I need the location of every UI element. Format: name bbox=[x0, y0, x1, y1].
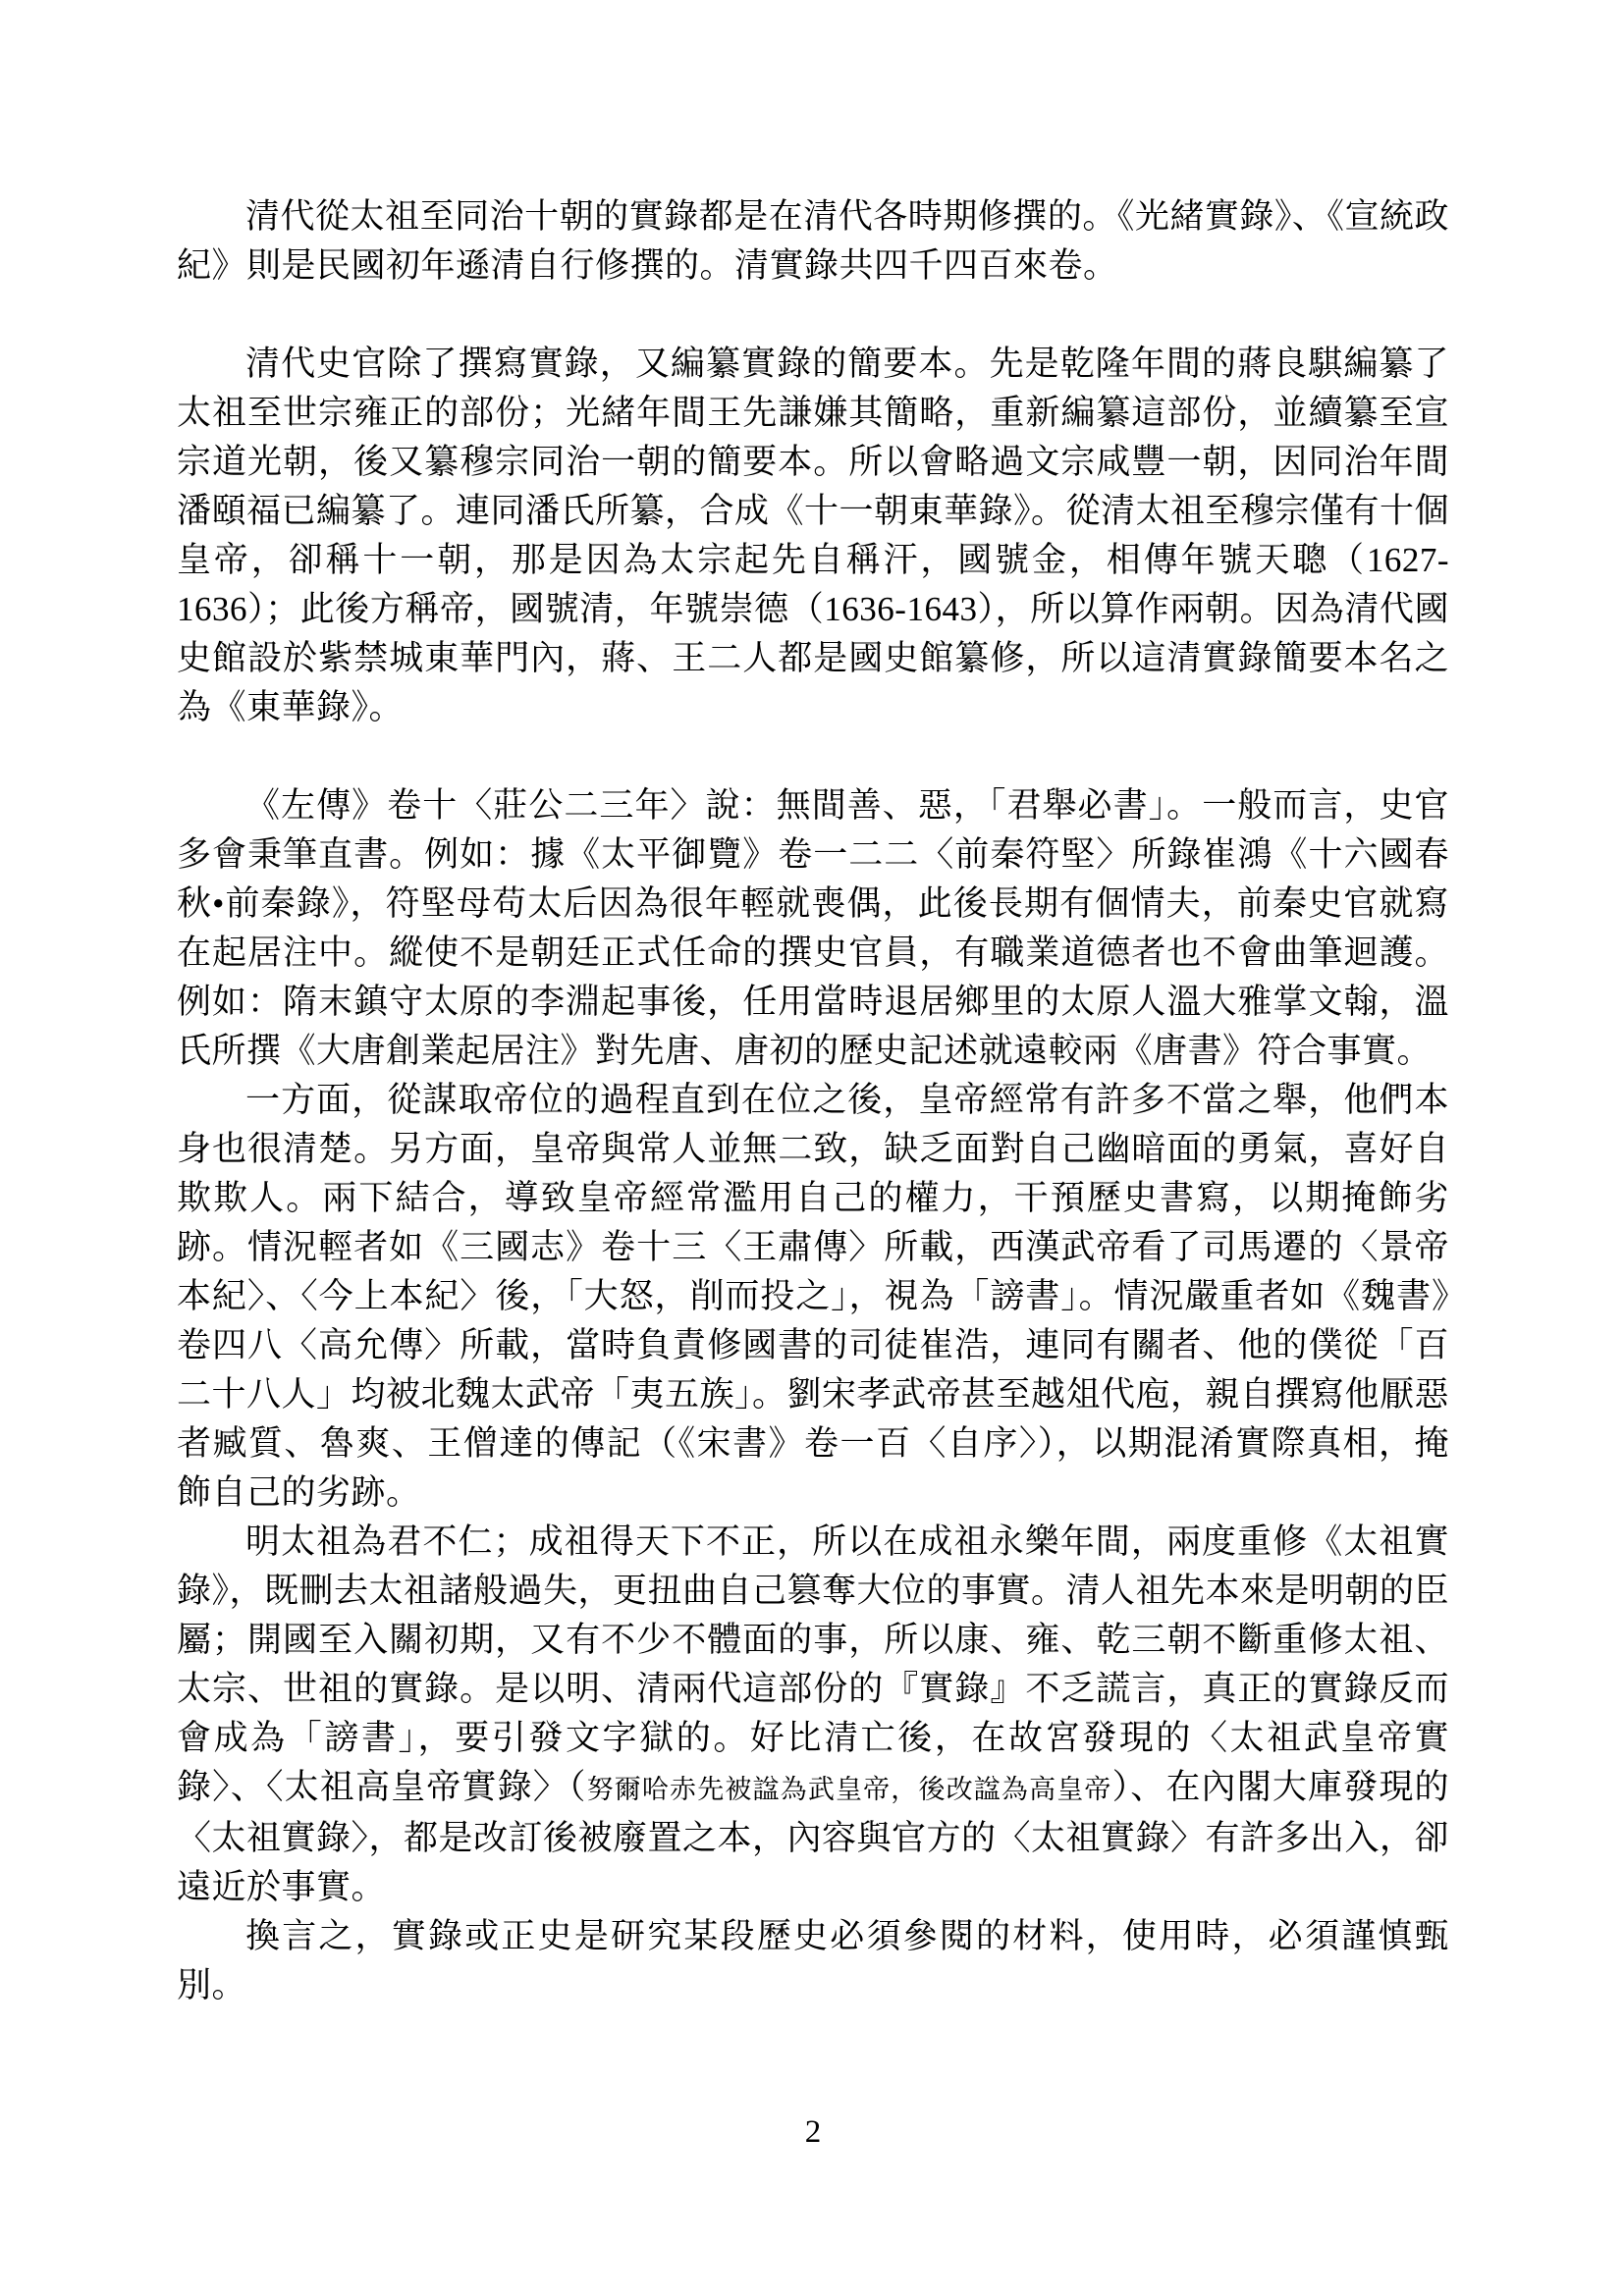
paragraph-6: 換言之，實錄或正史是研究某段歷史必須參閱的材料，使用時，必須謹慎甄別。 bbox=[177, 1912, 1449, 2010]
paragraph-5: 明太祖為君不仁；成祖得天下不正，所以在成祖永樂年間，兩度重修《太祖實錄》，既刪去… bbox=[177, 1518, 1449, 1912]
paragraph-4: 一方面，從謀取帝位的過程直到在位之後，皇帝經常有許多不當之舉，他們本身也很清楚。… bbox=[177, 1076, 1449, 1518]
paragraph-1: 清代從太祖至同治十朝的實錄都是在清代各時期修撰的。《光緒實錄》、《宣統政紀》則是… bbox=[177, 192, 1449, 291]
paragraph-5-inline-note: 努爾哈赤先被諡為武皇帝，後改諡為高皇帝 bbox=[587, 1775, 1112, 1804]
paragraph-5-text: 明太祖為君不仁；成祖得天下不正，所以在成祖永樂年間，兩度重修《太祖實錄》，既刪去… bbox=[177, 1522, 1449, 1806]
text-block: 清代從太祖至同治十朝的實錄都是在清代各時期修撰的。《光緒實錄》、《宣統政紀》則是… bbox=[177, 192, 1449, 2010]
paragraph-2: 清代史官除了撰寫實錄，又編纂實錄的簡要本。先是乾隆年間的蔣良騏編纂了太祖至世宗雍… bbox=[177, 340, 1449, 732]
paragraph-3: 《左傳》卷十〈莊公二三年〉說：無間善、惡，「君舉必書」。一般而言，史官多會秉筆直… bbox=[177, 781, 1449, 1076]
page-number: 2 bbox=[177, 2110, 1449, 2155]
document-page: 清代從太祖至同治十朝的實錄都是在清代各時期修撰的。《光緒實錄》、《宣統政紀》則是… bbox=[0, 0, 1624, 2296]
